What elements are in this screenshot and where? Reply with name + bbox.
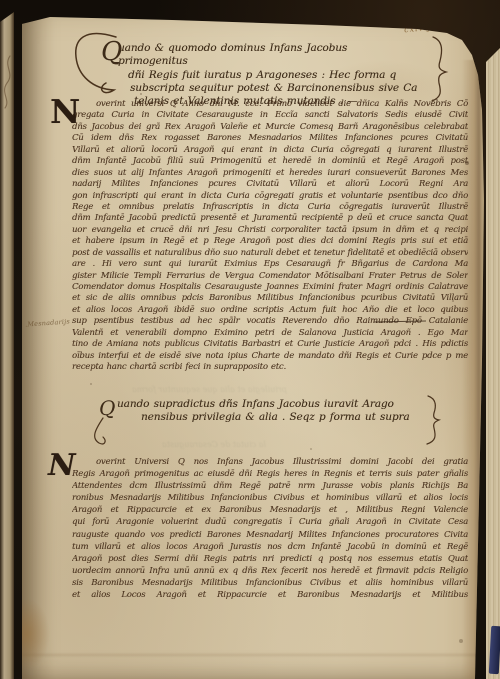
text-line: gon infrascripti qui erant in dicta Curi… — [72, 191, 468, 202]
blue-clamp — [489, 626, 500, 674]
text-line: dies suos ut alij Infantes Aragoñ primog… — [72, 168, 468, 179]
text-line: post de vassallis et naturalibus dño suo… — [72, 248, 468, 259]
text-block-1: N overint universi Q Anno dñi M. ccc. Pr… — [72, 99, 468, 374]
torn-corner — [465, 27, 494, 50]
folio-number: cxlvij — [404, 23, 432, 35]
text-line: Cū idem dñs Rex rogasset Barones Mesnada… — [72, 133, 468, 144]
text-line: sis Baronibus Mesnadarijs Militibus Infa… — [72, 578, 468, 590]
illuminated-initial-n: N — [50, 92, 80, 131]
text-line: Rege et omnibus prelatis Infrascriptis i… — [72, 202, 468, 213]
illuminated-initial-n: N — [48, 448, 75, 483]
bleed-through-text: la ciutat de Cesaraugusta — [162, 440, 266, 449]
heading-line: uando supradictus dñs Infans Jacobus iur… — [117, 398, 429, 411]
text-line: Attendentes dcm Illustrissimū dñm Regē p… — [72, 481, 468, 493]
text-line: Villarū et aliorū locorū Aragoñ qui eran… — [72, 145, 468, 156]
text-line: tum villarū et alios locos Aragoñ Jurast… — [72, 542, 468, 554]
text-line: Aragoñ et Rippacurcie et ex Baronibus Me… — [72, 505, 468, 517]
heading-line: subscripta sequitur potest & Barcinonens… — [130, 82, 420, 95]
text-line: uor evangelia et crucē dñi nri Jesu Chri… — [72, 225, 468, 236]
text-block-2: N overint Universi Q nos Infans Jacobus … — [72, 457, 468, 602]
text-line: overint Universi Q nos Infans Jacobus Il… — [72, 457, 468, 469]
text-line: overint universi Q Anno dñi M. ccc. Prim… — [72, 99, 468, 110]
text-line: et habere ipsum in Regē et p Rege Aragoñ… — [72, 236, 468, 247]
text-line: recepta hanc chartā scribi feci in supra… — [72, 362, 468, 373]
text-line: Comendator domus Hospitalis Cesarauguste… — [72, 282, 468, 293]
text-line: are . Hi vero sunt qui iurarūt Eximius E… — [72, 259, 468, 270]
heading-line: uando & quomodo dominus Infans Jacobus p… — [118, 42, 420, 69]
text-line: gregata Curia in Civitate Cesarauguste i… — [72, 110, 468, 121]
text-line: Valentñ et venerabili dompno Eximino pet… — [72, 328, 468, 339]
text-line: et alios locos Aragoñ ibidē suo ordine s… — [72, 305, 468, 316]
text-line: gister Milicie Templi Ferrarius de Vergu… — [72, 271, 468, 282]
text-line: dñs Jacobus dei grã Rex Aragoñ Valeñe et… — [72, 122, 468, 133]
margin-annotation: .Mesnadarijs — [25, 317, 70, 328]
heading-line: nensibus privilegia & alia . Seqz p form… — [141, 411, 429, 424]
text-line: tino de Amiana nots publicus Civitatis B… — [72, 339, 468, 350]
text-line: et sic de aliis omnibus pdcis Baronibus … — [72, 293, 468, 304]
manuscript-page: cxlvij priuilegia et alia que sequuntur … — [22, 0, 490, 679]
text-line: oībus interfui et de eisdē sive nota ipi… — [72, 351, 468, 362]
text-line: dñm Infantē Jacobū filiū suū Primogenitū… — [72, 156, 468, 167]
text-line: uordecim annorū Infra unū annū ex q dñs … — [72, 566, 468, 578]
text-line: Aragoñ post dies Sermi dñi Regis patris … — [72, 554, 468, 566]
horizontal-fold — [22, 652, 490, 658]
text-line: ronibus Mesnadarijs Militibus Infancioni… — [72, 493, 468, 505]
text-line: et alios Locos Aragoñ et Rippacurcie et … — [72, 590, 468, 602]
text-line: dñm Infantē Jacobū predictū presentē et … — [72, 213, 468, 224]
rubric-heading-2: uando supradictus dñs Infans Jacobus iur… — [117, 398, 429, 424]
ink-specks — [22, 0, 24, 2]
text-line: qui forū Aragonie voluerint dudū congreg… — [72, 517, 468, 529]
text-line: nadarij Milites Infanciones pcures Civit… — [72, 179, 468, 190]
manuscript-photo: cxlvij priuilegia et alia que sequuntur … — [0, 0, 500, 679]
text-line: rauguste quando vos predicti Barones Mes… — [72, 530, 468, 542]
page-stack-edge — [486, 48, 500, 679]
text-line: sup psentibus testibus ad hec spãlr voca… — [72, 316, 468, 327]
text-line: Regis Aragoñ primogenitus ac eiusdē dñi … — [72, 469, 468, 481]
heading-line: dñi Regis fuit iuratus p Aragoneses : He… — [128, 69, 420, 82]
bleed-through-text: priuilegia et alia que sequuntur forma — [132, 385, 287, 394]
facing-page-edge — [0, 12, 14, 679]
